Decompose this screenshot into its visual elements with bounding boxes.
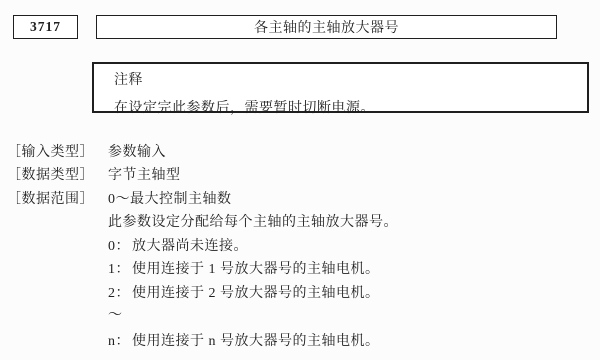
note-body: 在设定完此参数后，需要暂时切断电源。 xyxy=(114,97,579,117)
row-data-range: ［数据范围］ 0～最大控制主轴数 xyxy=(0,188,600,206)
parameter-title-box: 各主轴的主轴放大器号 xyxy=(96,15,557,39)
row-input-type: ［输入类型］ 参数输入 xyxy=(0,141,600,159)
input-type-label: ［输入类型］ xyxy=(7,141,94,161)
manual-page: 3717 各主轴的主轴放大器号 注释 在设定完此参数后，需要暂时切断电源。 ［输… xyxy=(0,0,600,360)
data-type-value: 字节主轴型 xyxy=(108,164,181,184)
value-item-0: 0：放大器尚未连接。 xyxy=(0,235,600,253)
parameter-number-box: 3717 xyxy=(13,15,78,39)
input-type-value: 参数输入 xyxy=(108,141,166,161)
data-range-label: ［数据范围］ xyxy=(7,188,94,208)
value-item-1-prefix: 1： xyxy=(108,258,132,278)
value-item-2: 2：使用连接于 2 号放大器号的主轴电机。 xyxy=(0,282,600,300)
row-description: 此参数设定分配给每个主轴的主轴放大器号。 xyxy=(0,211,600,229)
data-range-value: 0～最大控制主轴数 xyxy=(108,188,232,208)
value-item-2-text: 使用连接于 2 号放大器号的主轴电机。 xyxy=(132,286,380,301)
note-box: 注释 在设定完此参数后，需要暂时切断电源。 xyxy=(92,62,589,113)
note-title: 注释 xyxy=(114,69,579,89)
parameter-number: 3717 xyxy=(30,19,61,35)
value-item-1: 1：使用连接于 1 号放大器号的主轴电机。 xyxy=(0,258,600,276)
parameter-title: 各主轴的主轴放大器号 xyxy=(254,17,399,37)
value-item-n: n：使用连接于 n 号放大器号的主轴电机。 xyxy=(0,330,600,348)
value-item-0-text: 放大器尚未连接。 xyxy=(132,239,248,254)
value-item-0-prefix: 0： xyxy=(108,235,132,255)
parameter-description: 此参数设定分配给每个主轴的主轴放大器号。 xyxy=(108,211,398,231)
value-item-1-text: 使用连接于 1 号放大器号的主轴电机。 xyxy=(132,262,380,277)
value-item-n-text: 使用连接于 n 号放大器号的主轴电机。 xyxy=(132,334,380,349)
value-item-ellipsis: ～ xyxy=(0,304,600,322)
value-item-ellipsis-prefix: ～ xyxy=(108,304,132,324)
value-item-2-prefix: 2： xyxy=(108,282,132,302)
data-type-label: ［数据类型］ xyxy=(7,164,94,184)
value-item-n-prefix: n： xyxy=(108,330,132,350)
row-data-type: ［数据类型］ 字节主轴型 xyxy=(0,164,600,182)
